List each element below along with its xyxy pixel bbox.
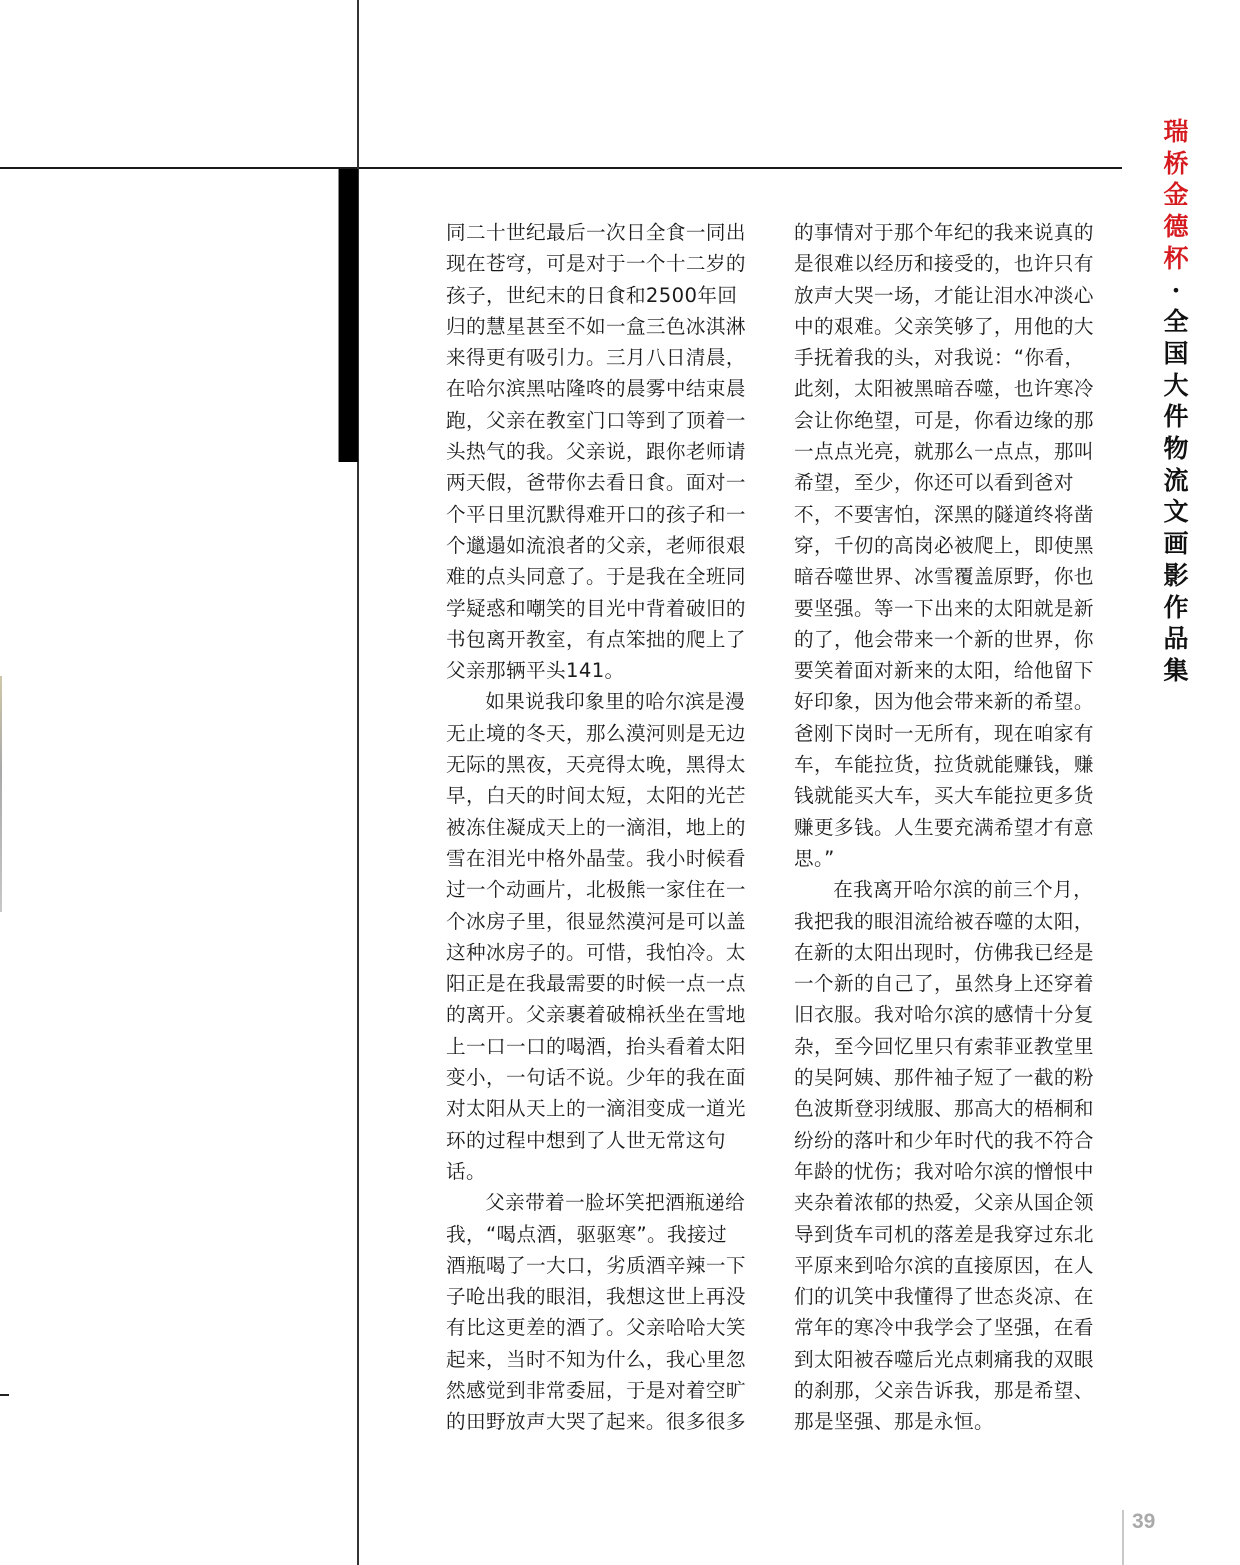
text-line: 书包离开教室，有点笨拙的爬上了 — [446, 624, 756, 655]
title-char-black: 件 — [1160, 401, 1192, 433]
text-line: 色波斯登羽绒服、那高大的梧桐和 — [794, 1093, 1104, 1124]
paragraph: 父亲带着一脸坏笑把酒瓶递给我，“喝点酒，驱驱寒”。我接过酒瓶喝了一大口，劣质酒辛… — [446, 1187, 756, 1437]
text-line: 环的过程中想到了人世无常这句 — [446, 1125, 756, 1156]
title-char-black: 画 — [1160, 528, 1192, 560]
text-line: 跑，父亲在教室门口等到了顶着一 — [446, 405, 756, 436]
series-title-vertical: 瑞桥金德杯·全国大件物流文画影作品集 — [1160, 116, 1192, 687]
text-line: 上一口一口的喝酒，抬头看着太阳 — [446, 1031, 756, 1062]
text-line: 中的艰难。父亲笑够了，用他的大 — [794, 311, 1104, 342]
text-line: 平原来到哈尔滨的直接原因，在人 — [794, 1250, 1104, 1281]
paragraph: 的事情对于那个年纪的我来说真的是很难以经历和接受的，也许只有放声大哭一场，才能让… — [794, 217, 1104, 874]
text-line: 过一个动画片，北极熊一家住在一 — [446, 874, 756, 905]
text-line: 在哈尔滨黑咕隆咚的晨雾中结束晨 — [446, 373, 756, 404]
text-line: 穿，千仞的高岗必被爬上，即使黑 — [794, 530, 1104, 561]
text-line: 父亲那辆平头141。 — [446, 655, 756, 686]
text-line: 爸刚下岗时一无所有，现在咱家有 — [794, 718, 1104, 749]
text-line: 夹杂着浓郁的热爱，父亲从国企领 — [794, 1187, 1104, 1218]
text-line: 此刻，太阳被黑暗吞噬，也许寒冷 — [794, 373, 1104, 404]
title-char-red: 瑞 — [1160, 116, 1192, 148]
text-line: 归的慧星甚至不如一盒三色冰淇淋 — [446, 311, 756, 342]
text-line: 两天假，爸带你去看日食。面对一 — [446, 467, 756, 498]
text-line: 无际的黑夜，天亮得太晚，黑得太 — [446, 749, 756, 780]
text-line: 个邋遢如流浪者的父亲，老师很艰 — [446, 530, 756, 561]
title-char-black: 品 — [1160, 623, 1192, 655]
text-line: 无止境的冬天，那么漠河则是无边 — [446, 718, 756, 749]
text-line: 杂，至今回忆里只有索菲亚教堂里 — [794, 1031, 1104, 1062]
text-line: 手抚着我的头，对我说：“你看， — [794, 342, 1104, 373]
text-line: 个平日里沉默得难开口的孩子和一 — [446, 499, 756, 530]
text-line: 要笑着面对新来的太阳，给他留下 — [794, 655, 1104, 686]
text-line: 常年的寒冷中我学会了坚强，在看 — [794, 1312, 1104, 1343]
title-char-black: 影 — [1160, 560, 1192, 592]
title-char-red: 桥 — [1160, 148, 1192, 180]
text-line: 年龄的忧伤；我对哈尔滨的憎恨中 — [794, 1156, 1104, 1187]
text-line: 我把我的眼泪流给被吞噬的太阳， — [794, 906, 1104, 937]
text-line: 一点点光亮，就那么一点点，那叫 — [794, 436, 1104, 467]
text-line: 不，不要害怕，深黑的隧道终将凿 — [794, 499, 1104, 530]
text-line: 如果说我印象里的哈尔滨是漫 — [446, 686, 756, 717]
text-line: 的吴阿姨、那件袖子短了一截的粉 — [794, 1062, 1104, 1093]
left-edge-tick — [0, 1394, 9, 1396]
text-line: 个冰房子里，很显然漠河是可以盖 — [446, 906, 756, 937]
text-line: 车，车能拉货，拉货就能赚钱，赚 — [794, 749, 1104, 780]
text-line: 放声大哭一场，才能让泪水冲淡心 — [794, 280, 1104, 311]
text-line: 钱就能买大车，买大车能拉更多货 — [794, 780, 1104, 811]
text-line: 是很难以经历和接受的，也许只有 — [794, 248, 1104, 279]
text-line: 们的讥笑中我懂得了世态炎凉、在 — [794, 1281, 1104, 1312]
page-number-rule — [1122, 1510, 1124, 1565]
title-char-black: 全 — [1160, 306, 1192, 338]
text-line: 思。” — [794, 843, 1104, 874]
title-separator-dot: · — [1160, 275, 1192, 307]
top-horizontal-rule — [0, 167, 1122, 169]
text-line: 的了，他会带来一个新的世界，你 — [794, 624, 1104, 655]
paragraph: 如果说我印象里的哈尔滨是漫无止境的冬天，那么漠河则是无边无际的黑夜，天亮得太晚，… — [446, 686, 756, 1187]
title-char-black: 国 — [1160, 338, 1192, 370]
prev-page-image-edge — [0, 676, 2, 912]
text-line: 在新的太阳出现时，仿佛我已经是 — [794, 937, 1104, 968]
text-line: 赚更多钱。人生要充满希望才有意 — [794, 812, 1104, 843]
text-line: 在我离开哈尔滨的前三个月， — [794, 874, 1104, 905]
text-line: 头热气的我。父亲说，跟你老师请 — [446, 436, 756, 467]
text-line: 我，“喝点酒，驱驱寒”。我接过 — [446, 1219, 756, 1250]
text-line: 纷纷的落叶和少年时代的我不符合 — [794, 1125, 1104, 1156]
text-line: 难的点头同意了。于是我在全班同 — [446, 561, 756, 592]
paragraph: 同二十世纪最后一次日全食一同出现在苍穹，可是对于一个十二岁的孩子，世纪末的日食和… — [446, 217, 756, 686]
text-line: 会让你绝望，可是，你看边缘的那 — [794, 405, 1104, 436]
text-line: 雪在泪光中格外晶莹。我小时候看 — [446, 843, 756, 874]
title-char-red: 杯 — [1160, 243, 1192, 275]
text-line: 旧衣服。我对哈尔滨的感情十分复 — [794, 999, 1104, 1030]
text-line: 酒瓶喝了一大口，劣质酒辛辣一下 — [446, 1250, 756, 1281]
text-line: 那是坚强、那是永恒。 — [794, 1406, 1104, 1437]
text-line: 学疑惑和嘲笑的目光中背着破旧的 — [446, 593, 756, 624]
title-char-black: 大 — [1160, 370, 1192, 402]
text-line: 一个新的自己了，虽然身上还穿着 — [794, 968, 1104, 999]
text-line: 起来，当时不知为什么，我心里忽 — [446, 1344, 756, 1375]
title-char-black: 物 — [1160, 433, 1192, 465]
text-line: 希望，至少，你还可以看到爸对 — [794, 467, 1104, 498]
text-line: 好印象，因为他会带来新的希望。 — [794, 686, 1104, 717]
black-accent-bar — [338, 169, 358, 462]
text-line: 早，白天的时间太短，太阳的光芒 — [446, 780, 756, 811]
text-line: 变小，一句话不说。少年的我在面 — [446, 1062, 756, 1093]
text-line: 的刹那，父亲告诉我，那是希望、 — [794, 1375, 1104, 1406]
text-line: 父亲带着一脸坏笑把酒瓶递给 — [446, 1187, 756, 1218]
text-column-1: 同二十世纪最后一次日全食一同出现在苍穹，可是对于一个十二岁的孩子，世纪末的日食和… — [446, 217, 756, 1438]
text-line: 要坚强。等一下出来的太阳就是新 — [794, 593, 1104, 624]
text-line: 到太阳被吞噬后光点刺痛我的双眼 — [794, 1344, 1104, 1375]
page-number: 39 — [1132, 1510, 1155, 1534]
title-char-black: 流 — [1160, 465, 1192, 497]
text-line: 对太阳从天上的一滴泪变成一道光 — [446, 1093, 756, 1124]
text-line: 这种冰房子的。可惜，我怕冷。太 — [446, 937, 756, 968]
text-line: 的事情对于那个年纪的我来说真的 — [794, 217, 1104, 248]
title-char-red: 德 — [1160, 211, 1192, 243]
title-char-red: 金 — [1160, 179, 1192, 211]
text-line: 暗吞噬世界、冰雪覆盖原野，你也 — [794, 561, 1104, 592]
title-char-black: 文 — [1160, 496, 1192, 528]
text-line: 然感觉到非常委屈，于是对着空旷 — [446, 1375, 756, 1406]
text-line: 子呛出我的眼泪，我想这世上再没 — [446, 1281, 756, 1312]
text-line: 同二十世纪最后一次日全食一同出 — [446, 217, 756, 248]
text-column-2: 的事情对于那个年纪的我来说真的是很难以经历和接受的，也许只有放声大哭一场，才能让… — [794, 217, 1104, 1438]
text-line: 阳正是在我最需要的时候一点一点 — [446, 968, 756, 999]
title-char-black: 作 — [1160, 592, 1192, 624]
paragraph: 在我离开哈尔滨的前三个月，我把我的眼泪流给被吞噬的太阳，在新的太阳出现时，仿佛我… — [794, 874, 1104, 1437]
text-line: 被冻住凝成天上的一滴泪，地上的 — [446, 812, 756, 843]
text-line: 孩子，世纪末的日食和2500年回 — [446, 280, 756, 311]
text-line: 的离开。父亲裹着破棉袄坐在雪地 — [446, 999, 756, 1030]
text-line: 导到货车司机的落差是我穿过东北 — [794, 1219, 1104, 1250]
text-line: 话。 — [446, 1156, 756, 1187]
text-line: 现在苍穹，可是对于一个十二岁的 — [446, 248, 756, 279]
title-char-black: 集 — [1160, 655, 1192, 687]
text-line: 有比这更差的酒了。父亲哈哈大笑 — [446, 1312, 756, 1343]
text-line: 来得更有吸引力。三月八日清晨， — [446, 342, 756, 373]
text-line: 的田野放声大哭了起来。很多很多 — [446, 1406, 756, 1437]
